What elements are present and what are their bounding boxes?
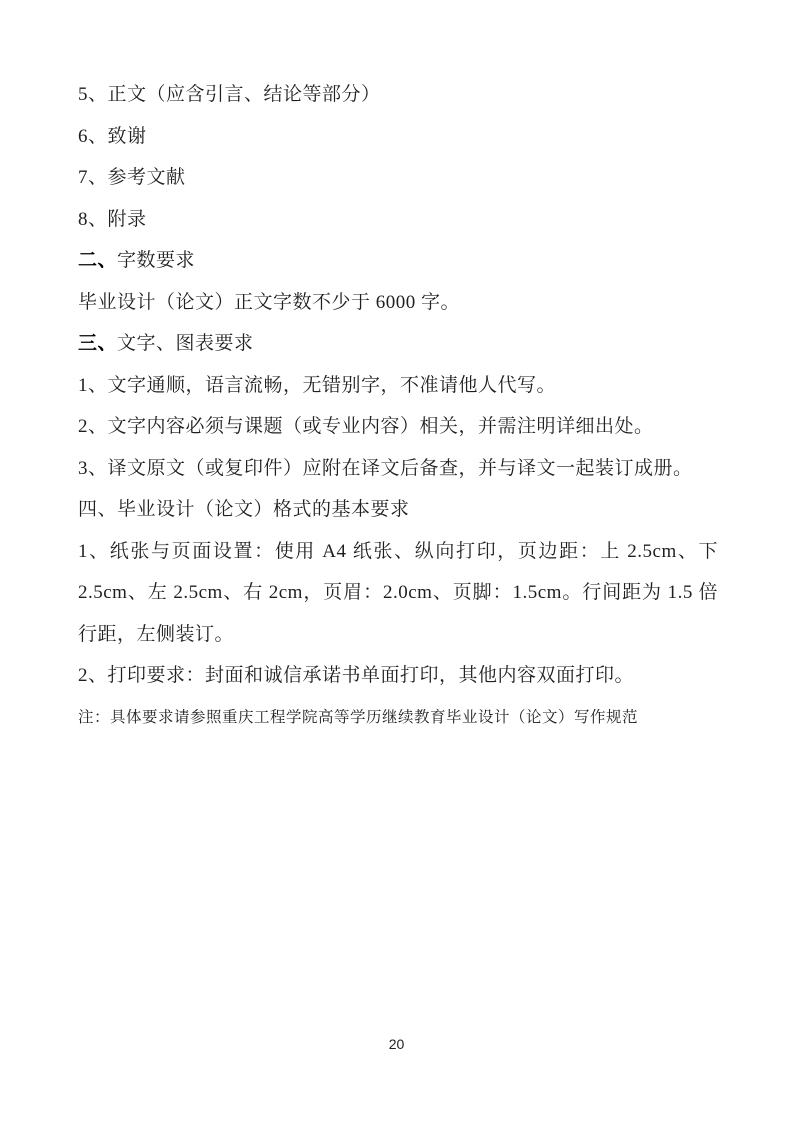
paragraph-text: 毕业设计（论文）正文字数不少于 6000 字。 <box>78 292 460 313</box>
section-heading: 二、字数要求 <box>78 240 718 282</box>
body-paragraph: 7、参考文献 <box>78 157 718 199</box>
paragraph-text: 3、译文原文（或复印件）应附在译文后备查，并与译文一起装订成册。 <box>78 458 693 479</box>
note-paragraph: 注：具体要求请参照重庆工程学院高等学历继续教育毕业设计（论文）写作规范 <box>78 697 718 739</box>
body-paragraph: 毕业设计（论文）正文字数不少于 6000 字。 <box>78 282 718 324</box>
body-paragraph: 8、附录 <box>78 199 718 241</box>
heading-number: 三、 <box>78 333 117 354</box>
document-page: 5、正文（应含引言、结论等部分）6、致谢7、参考文献8、附录二、字数要求毕业设计… <box>0 0 793 1122</box>
paragraph-text: 7、参考文献 <box>78 167 186 188</box>
body-paragraph: 1、纸张与页面设置：使用 A4 纸张、纵向打印，页边距：上 2.5cm、下 2.… <box>78 531 718 656</box>
paragraph-text: 5、正文（应含引言、结论等部分） <box>78 84 381 105</box>
page-footer: 20 <box>0 1036 793 1054</box>
paragraph-text: 2、文字内容必须与课题（或专业内容）相关，并需注明详细出处。 <box>78 416 654 437</box>
paragraph-text: 字数要求 <box>117 250 195 271</box>
paragraph-text: 文字、图表要求 <box>117 333 254 354</box>
paragraph-text: 8、附录 <box>78 209 147 230</box>
document-content: 5、正文（应含引言、结论等部分）6、致谢7、参考文献8、附录二、字数要求毕业设计… <box>78 74 718 738</box>
paragraph-text: 6、致谢 <box>78 126 147 147</box>
heading-number: 二、 <box>78 250 117 271</box>
body-paragraph: 2、文字内容必须与课题（或专业内容）相关，并需注明详细出处。 <box>78 406 718 448</box>
body-paragraph: 3、译文原文（或复印件）应附在译文后备查，并与译文一起装订成册。 <box>78 448 718 490</box>
body-paragraph: 5、正文（应含引言、结论等部分） <box>78 74 718 116</box>
page-number: 20 <box>389 1036 405 1052</box>
paragraph-text: 1、文字通顺，语言流畅，无错别字，不准请他人代写。 <box>78 375 556 396</box>
paragraph-text: 1、纸张与页面设置：使用 A4 纸张、纵向打印，页边距：上 2.5cm、下 2.… <box>78 541 718 645</box>
paragraph-text: 2、打印要求：封面和诚信承诺书单面打印，其他内容双面打印。 <box>78 665 634 686</box>
body-paragraph: 2、打印要求：封面和诚信承诺书单面打印，其他内容双面打印。 <box>78 655 718 697</box>
section-heading: 三、文字、图表要求 <box>78 323 718 365</box>
paragraph-text: 注：具体要求请参照重庆工程学院高等学历继续教育毕业设计（论文）写作规范 <box>78 709 638 726</box>
body-paragraph: 6、致谢 <box>78 116 718 158</box>
body-paragraph: 四、毕业设计（论文）格式的基本要求 <box>78 489 718 531</box>
paragraph-text: 四、毕业设计（论文）格式的基本要求 <box>78 499 410 520</box>
body-paragraph: 1、文字通顺，语言流畅，无错别字，不准请他人代写。 <box>78 365 718 407</box>
